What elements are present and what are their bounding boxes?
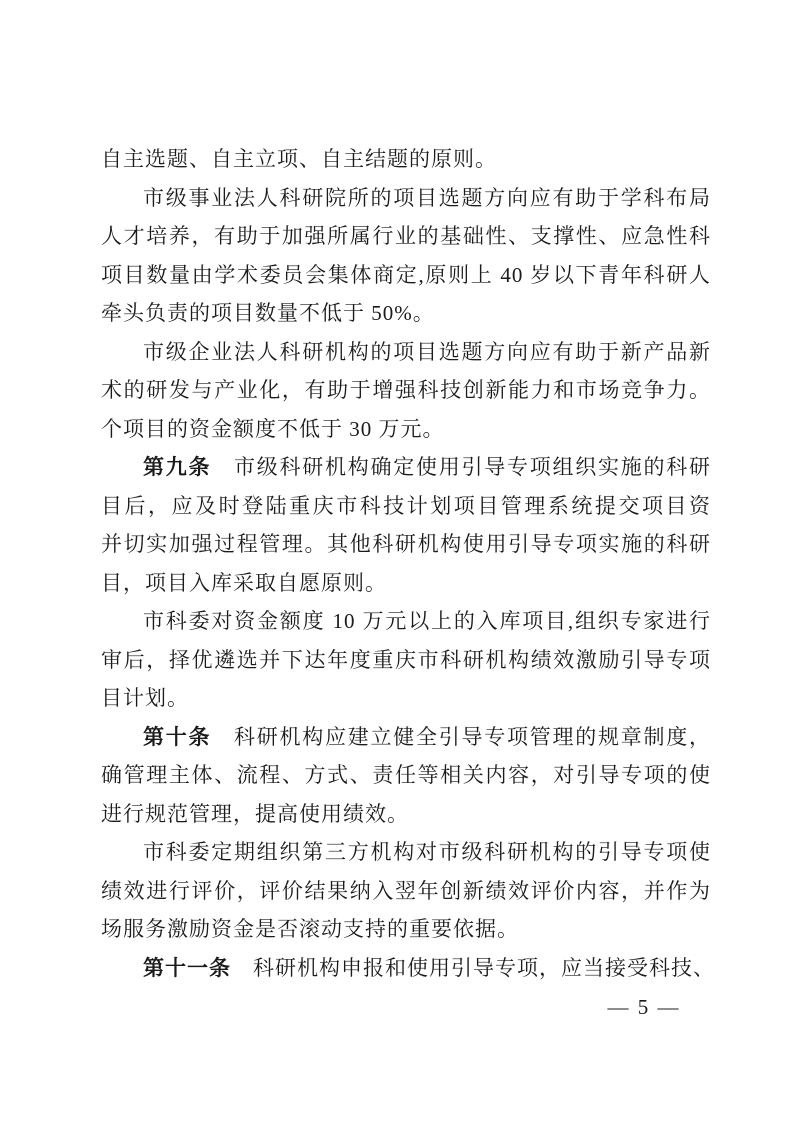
line-text: 目计划。 (101, 686, 189, 710)
text-line: 绩效进行评价，评价结果纳入翌年创新绩效评价内容，并作为市 (101, 872, 711, 911)
text-line: 第九条 市级科研机构确定使用引导专项组织实施的科研项 (101, 448, 711, 487)
line-text: 市科委定期组织第三方机构对市级科研机构的引导专项使用 (143, 840, 711, 872)
line-text: 牵头负责的项目数量不低于 50%。 (101, 301, 435, 325)
text-line: 第十一条 科研机构申报和使用引导专项，应当接受科技、 (101, 949, 711, 988)
text-line: 审后，择优遴选并下达年度重庆市科研机构绩效激励引导专项项 (101, 641, 711, 680)
line-text: 目后，应及时登陆重庆市科技计划项目管理系统提交项目资料， (101, 494, 711, 526)
text-line: 场服务激励资金是否滚动支持的重要依据。 (101, 910, 711, 949)
line-text: 人才培养，有助于加强所属行业的基础性、支撑性、应急性科研。 (101, 224, 711, 256)
text-line: 个项目的资金额度不低于 30 万元。 (101, 410, 711, 449)
line-text: 市级事业法人科研院所的项目选题方向应有助于学科布局和 (143, 186, 711, 218)
line-text: 术的研发与产业化，有助于增强科技创新能力和市场竞争力。单 (101, 378, 711, 410)
text-line: 牵头负责的项目数量不低于 50%。 (101, 294, 711, 333)
article-number: 第十一条 (143, 957, 231, 980)
line-text: 市级企业法人科研机构的项目选题方向应有助于新产品新技 (143, 340, 711, 372)
line-text: 确管理主体、流程、方式、责任等相关内容，对引导专项的使用 (101, 763, 711, 795)
line-text: 绩效进行评价，评价结果纳入翌年创新绩效评价内容，并作为市 (101, 879, 711, 911)
line-text: 审后，择优遴选并下达年度重庆市科研机构绩效激励引导专项项 (101, 648, 711, 680)
line-text: 进行规范管理，提高使用绩效。 (101, 802, 409, 826)
page-number: — 5 — (598, 995, 690, 1020)
line-text: 场服务激励资金是否滚动支持的重要依据。 (101, 917, 519, 941)
line-text: 自主选题、自主立项、自主结题的原则。 (101, 147, 497, 171)
line-text: 市级科研机构确定使用引导专项组织实施的科研项 (143, 455, 711, 487)
text-line: 目计划。 (101, 679, 711, 718)
line-text: 市科委对资金额度 10 万元以上的入库项目,组织专家进行评 (143, 609, 711, 641)
line-text: 目，项目入库采取自愿原则。 (101, 571, 387, 595)
text-line: 市科委对资金额度 10 万元以上的入库项目,组织专家进行评 (101, 602, 711, 641)
text-line: 进行规范管理，提高使用绩效。 (101, 795, 711, 834)
text-line: 第十条 科研机构应建立健全引导专项管理的规章制度，明 (101, 718, 711, 757)
text-line: 目后，应及时登陆重庆市科技计划项目管理系统提交项目资料， (101, 487, 711, 526)
line-text: 科研机构应建立健全引导专项管理的规章制度，明 (143, 725, 711, 757)
text-line: 目，项目入库采取自愿原则。 (101, 564, 711, 603)
line-text: 科研机构申报和使用引导专项，应当接受科技、 (231, 956, 715, 980)
text-line: 确管理主体、流程、方式、责任等相关内容，对引导专项的使用 (101, 756, 711, 795)
text-line: 并切实加强过程管理。其他科研机构使用引导专项实施的科研项 (101, 525, 711, 564)
text-line: 项目数量由学术委员会集体商定,原则上 40 岁以下青年科研人员 (101, 256, 711, 295)
document-page: 自主选题、自主立项、自主结题的原则。 市级事业法人科研院所的项目选题方向应有助于… (0, 0, 793, 1122)
article-number: 第十条 (143, 726, 211, 749)
document-body: 自主选题、自主立项、自主结题的原则。 市级事业法人科研院所的项目选题方向应有助于… (101, 140, 711, 987)
text-line: 自主选题、自主立项、自主结题的原则。 (101, 140, 711, 179)
line-text: 项目数量由学术委员会集体商定,原则上 40 岁以下青年科研人员 (101, 263, 711, 295)
text-line: 市科委定期组织第三方机构对市级科研机构的引导专项使用 (101, 833, 711, 872)
text-line: 人才培养，有助于加强所属行业的基础性、支撑性、应急性科研。 (101, 217, 711, 256)
text-line: 术的研发与产业化，有助于增强科技创新能力和市场竞争力。单 (101, 371, 711, 410)
text-line: 市级事业法人科研院所的项目选题方向应有助于学科布局和 (101, 179, 711, 218)
line-text: 个项目的资金额度不低于 30 万元。 (101, 417, 445, 441)
text-line: 市级企业法人科研机构的项目选题方向应有助于新产品新技 (101, 333, 711, 372)
line-text: 并切实加强过程管理。其他科研机构使用引导专项实施的科研项 (101, 532, 711, 564)
article-number: 第九条 (143, 456, 211, 479)
